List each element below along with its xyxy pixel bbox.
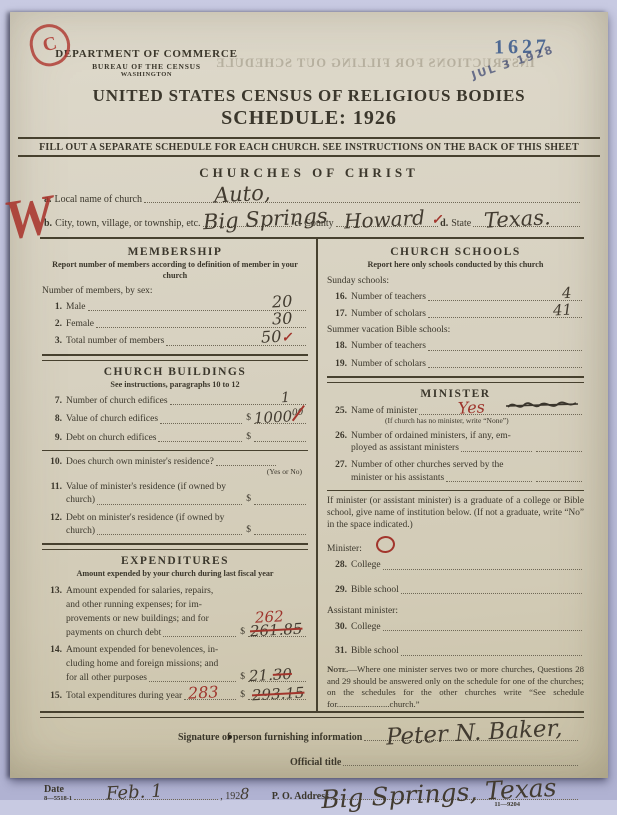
edifice-debt-line: [254, 441, 306, 442]
field-c-label: County: [304, 218, 333, 229]
local-church-name-line: Auto,: [144, 202, 580, 203]
form-title: UNITED STATES CENSUS OF RELIGIOUS BODIES: [10, 86, 608, 106]
state-line: Texas.: [473, 226, 580, 227]
question-14-benevolences: 14.Amount expended for benevolences, in-…: [42, 644, 308, 684]
q27-line: [446, 481, 532, 482]
question-1-male: 1. Male 20: [42, 301, 308, 313]
po-address-label: P. O. Address: [272, 791, 329, 800]
question-30-college: 30. College: [327, 621, 584, 633]
form-columns: MEMBERSHIP Report number of members acco…: [40, 237, 584, 711]
section-divider: [327, 376, 584, 383]
minister-bible-school-line: [401, 593, 582, 594]
scratched-out-name: [506, 398, 578, 416]
question-19-scholars: 19. Number of scholars: [327, 358, 584, 370]
residence-debt-line: [254, 534, 306, 535]
section-divider: [42, 354, 308, 361]
red-circle-mark: [375, 535, 396, 554]
signature-value: Peter N. Baker,: [385, 718, 562, 750]
male-count-value: 20: [271, 294, 292, 311]
own-residence-line: [216, 465, 276, 466]
section-divider: [42, 543, 308, 550]
red-c-stamp-letter: C: [41, 33, 60, 58]
bureau-name: BUREAU OF THE CENSUS: [54, 62, 239, 71]
expenditures-subtitle: Amount expended by your church during la…: [50, 569, 300, 579]
q14-amount-line: 21.30: [248, 681, 306, 682]
edifice-count-value: 1: [281, 391, 291, 405]
q15-amount-line: 293.15: [248, 699, 306, 700]
dollar-sign: $: [246, 431, 251, 443]
official-title-line: [343, 765, 578, 766]
section-divider: [42, 450, 308, 451]
expenditures-section: EXPENDITURES Amount expended by your chu…: [42, 555, 308, 702]
question-7-edifices: 7. Number of church edifices 1: [42, 395, 308, 407]
red-w-margin-mark: W: [0, 186, 58, 249]
membership-section: MEMBERSHIP Report number of members acco…: [42, 246, 308, 348]
dollar-sign: $: [246, 524, 251, 536]
assistant-bible-school-line: [401, 655, 582, 656]
expenditures-title: EXPENDITURES: [42, 555, 308, 567]
field-c-prefix: c.: [294, 218, 301, 229]
field-d-label: State: [451, 218, 471, 229]
county-line: Howard ✓: [336, 226, 439, 227]
local-church-name-value: Auto,: [213, 183, 270, 207]
minister-group-label: Minister:: [327, 536, 584, 554]
minister-name-red-yes: Yes: [458, 400, 486, 417]
columns-bottom-rule: [40, 711, 584, 718]
dollar-sign: $: [240, 626, 245, 638]
note-paragraph: Note.—Where one minister serves two or m…: [327, 664, 584, 712]
minister-college-line: [383, 569, 582, 570]
instruction-banner: FILL OUT A SEPARATE SCHEDULE FOR EACH CH…: [18, 137, 600, 157]
ss-scholars-line: 41: [428, 317, 582, 318]
question-29-bible-school: 29. Bible school: [327, 584, 584, 596]
question-13-running-expenses: 13.Amount expended for salaries, repairs…: [42, 585, 308, 639]
church-schools-title: CHURCH SCHOOLS: [327, 246, 584, 258]
total-members-value: 50✓: [260, 328, 292, 346]
total-members-line: 50✓: [166, 345, 306, 346]
field-b-label: City, town, village, or township, etc.: [55, 218, 200, 229]
q15-correction-value: 283: [188, 684, 219, 702]
residence-value-line: [254, 504, 306, 505]
q15-amount-value: 293.15: [251, 686, 304, 704]
edifice-value-line: 100000: [254, 423, 306, 424]
question-26-ordained-ministers: 26.Number of ordained ministers, if any,…: [327, 430, 584, 455]
question-12-residence-debt: 12.Debt on minister's residence (if owne…: [42, 512, 308, 538]
signature-line: Peter N. Baker,: [364, 740, 578, 741]
graduate-instruction: If minister (or assistant minister) is a…: [327, 495, 584, 531]
question-16-teachers: 16. Number of teachers 4: [327, 291, 584, 303]
struck-cents: 00: [292, 407, 304, 418]
assistant-college-line: [383, 630, 582, 631]
question-28-college: 28. College: [327, 559, 584, 571]
official-title-label: Official title: [290, 757, 341, 768]
field-local-church-name: a. Local name of church Auto,: [44, 194, 582, 205]
question-18-teachers: 18. Number of teachers: [327, 340, 584, 352]
signature-row: Signature of person furnishing informati…: [44, 732, 580, 743]
ss-teachers-line: 4: [428, 300, 582, 301]
svbs-teachers-line: [428, 350, 582, 351]
q13-amount-line: 262 261.85: [248, 636, 306, 637]
ss-teachers-value: 4: [562, 286, 572, 301]
city-line: Big Springs: [203, 226, 293, 227]
membership-intro: Number of members, by sex:: [42, 286, 308, 296]
question-11-residence-value: 11.Value of minister's residence (if own…: [42, 481, 308, 507]
edifice-value-leader: [160, 423, 242, 424]
year-value: 8: [240, 787, 250, 800]
membership-title: MEMBERSHIP: [42, 246, 308, 258]
form-number: 8—5518-1: [44, 795, 72, 800]
question-27-other-churches: 27.Number of other churches served by th…: [327, 459, 584, 484]
form-subtitle: SCHEDULE: 1926: [10, 107, 608, 130]
denomination-title: CHURCHES OF CHRIST: [10, 165, 608, 181]
ss-scholars-value: 41: [553, 303, 573, 319]
county-value: Howard ✓: [343, 207, 442, 232]
question-9-edifice-debt: 9. Debt on church edifices $: [42, 431, 308, 444]
letterhead: DEPARTMENT OF COMMERCE BUREAU OF THE CEN…: [54, 48, 239, 79]
dollar-sign: $: [240, 689, 245, 701]
signature-label: Signature of person furnishing informati…: [178, 732, 362, 743]
assistant-group-label: Assistant minister:: [327, 606, 584, 616]
question-31-bible-school: 31. Bible school: [327, 645, 584, 657]
official-title-row: Official title: [44, 757, 580, 768]
svbs-scholars-line: [428, 367, 582, 368]
minister-name-line: Yes: [419, 414, 582, 415]
census-form-document: INSTRUCTIONS FOR FILLING OUT SCHEDULE C …: [10, 12, 608, 778]
male-count-line: 20: [88, 310, 306, 311]
question-2-female: 2. Female 30: [42, 318, 308, 330]
edifice-count-line: 1: [170, 404, 306, 405]
membership-subtitle: Report number of members according to de…: [50, 260, 300, 281]
field-d-prefix: d.: [440, 218, 448, 229]
field-city-county-state: b. City, town, village, or township, etc…: [44, 218, 582, 229]
church-buildings-title: CHURCH BUILDINGS: [42, 366, 308, 378]
date-address-row: Date 8—5518-1 Feb. 1 , 192 8 P. O. Addre…: [44, 784, 580, 800]
year-prefix: , 192: [220, 791, 240, 800]
left-column: MEMBERSHIP Report number of members acco…: [40, 239, 316, 711]
q26-line: [461, 451, 532, 452]
question-17-scholars: 17. Number of scholars 41: [327, 308, 584, 320]
minister-section: MINISTER 25. Name of minister Yes (If ch…: [327, 388, 584, 711]
paper-speck: [228, 735, 232, 739]
dollar-sign: $: [246, 412, 251, 424]
church-schools-section: CHURCH SCHOOLS Report here only schools …: [327, 246, 584, 370]
signature-section: Signature of person furnishing informati…: [44, 732, 580, 800]
section-divider: [327, 490, 584, 491]
no-minister-note: (If church has no minister, write “None”…: [385, 417, 584, 425]
church-buildings-section: CHURCH BUILDINGS See instructions, parag…: [42, 366, 308, 538]
sunday-schools-label: Sunday schools:: [327, 276, 584, 286]
po-address-value: Big Springs, Texas: [321, 775, 558, 800]
female-count-line: 30: [96, 327, 306, 328]
yes-or-no-hint: (Yes or No): [42, 468, 302, 476]
church-identification-section: a. Local name of church Auto, b. City, t…: [44, 194, 582, 229]
field-a-label: Local name of church: [55, 194, 142, 205]
department-name: DEPARTMENT OF COMMERCE: [54, 48, 239, 62]
edifice-value-amount: 100000: [254, 408, 304, 426]
dollar-sign: $: [246, 493, 251, 505]
summer-schools-label: Summer vacation Bible schools:: [327, 325, 584, 335]
question-3-total-members: 3. Total number of members 50✓: [42, 335, 308, 347]
office-name: WASHINGTON: [54, 71, 239, 79]
question-15-total-expenditures: 15. Total expenditures during year 283 $…: [42, 689, 308, 702]
dollar-sign: $: [240, 671, 245, 683]
state-value: Texas.: [483, 208, 551, 232]
church-buildings-subtitle: See instructions, paragraphs 10 to 12: [50, 380, 300, 390]
female-count-value: 30: [271, 311, 292, 328]
q15-leader: 283: [184, 699, 236, 700]
red-check-mark: ✓: [281, 330, 293, 346]
church-schools-subtitle: Report here only schools conducted by th…: [335, 260, 576, 270]
date-label: Date: [44, 784, 64, 795]
right-column: CHURCH SCHOOLS Report here only schools …: [318, 239, 584, 711]
date-value: Feb. 1: [105, 783, 162, 800]
question-8-edifice-value: 8. Value of church edifices $ 100000: [42, 412, 308, 425]
